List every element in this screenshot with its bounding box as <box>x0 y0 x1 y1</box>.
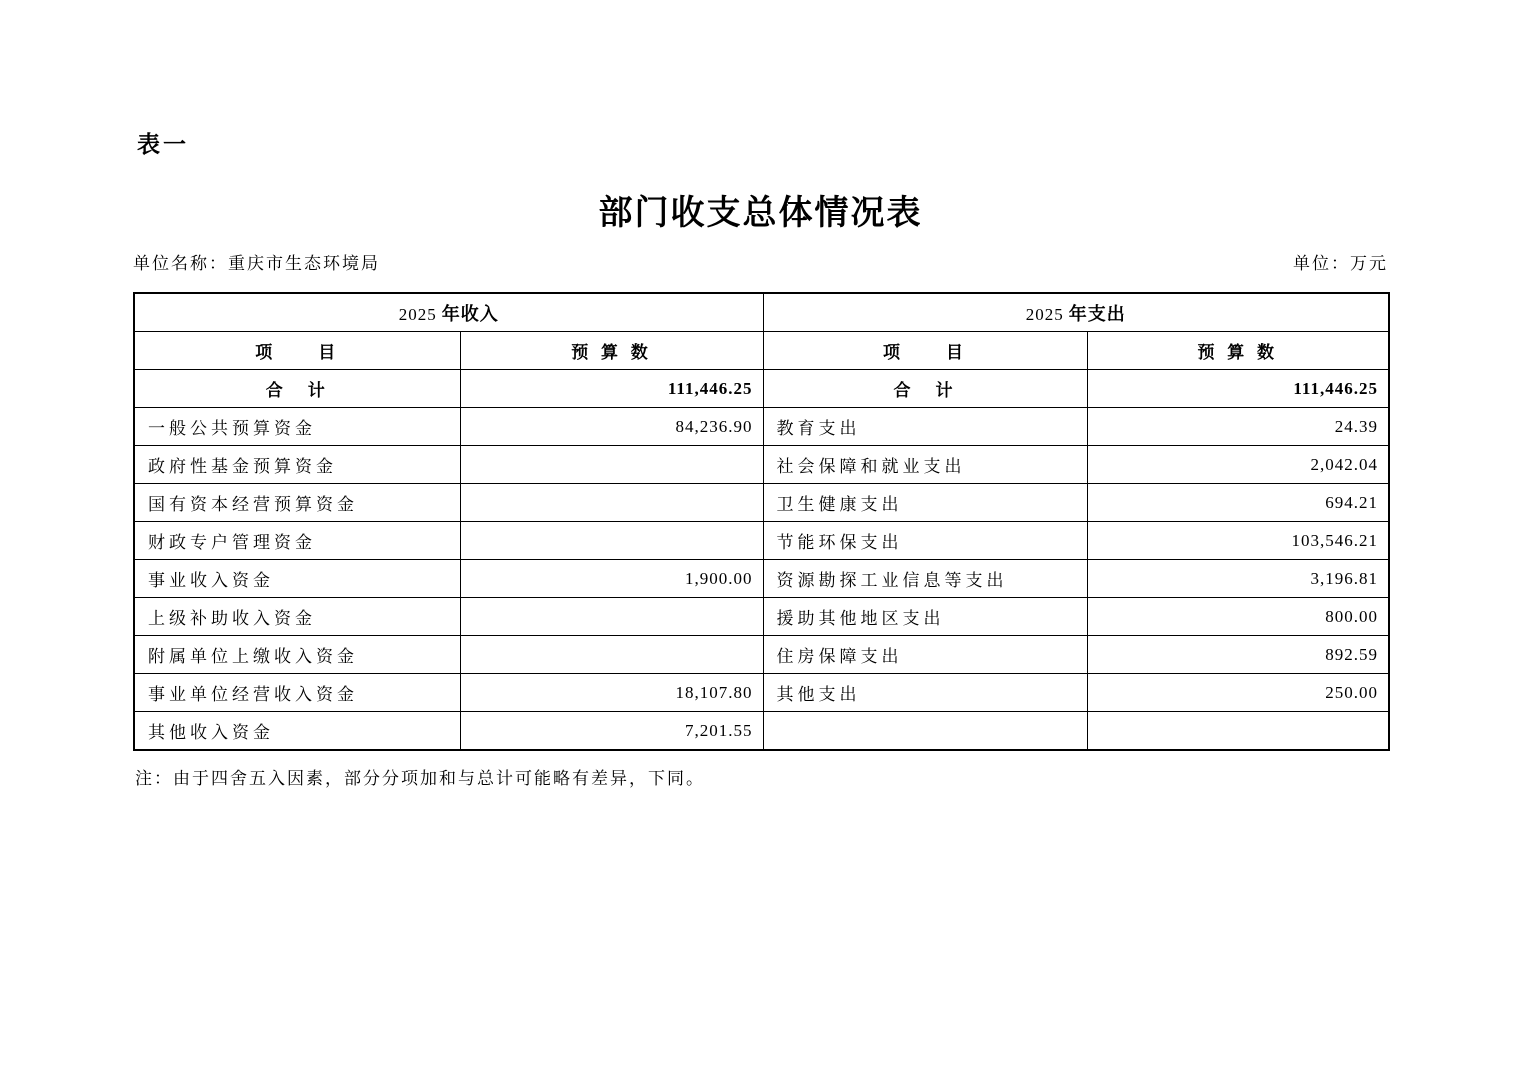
expense-year: 2025 <box>1026 305 1064 324</box>
table-row: 国有资本经营预算资金 卫生健康支出 694.21 <box>134 484 1389 522</box>
table-row: 附属单位上缴收入资金 住房保障支出 892.59 <box>134 636 1389 674</box>
expense-value-cell: 3,196.81 <box>1087 560 1389 598</box>
income-item-header: 项 目 <box>134 332 460 370</box>
expense-value-cell: 103,546.21 <box>1087 522 1389 560</box>
expense-item-cell: 社会保障和就业支出 <box>763 446 1087 484</box>
income-value-cell: 7,201.55 <box>460 712 763 751</box>
expense-section-label: 年支出 <box>1069 304 1126 324</box>
total-row: 合 计 111,446.25 合 计 111,446.25 <box>134 370 1389 408</box>
expense-item-cell: 援助其他地区支出 <box>763 598 1087 636</box>
income-budget-header: 预 算 数 <box>460 332 763 370</box>
expense-value-cell: 800.00 <box>1087 598 1389 636</box>
income-value-cell: 18,107.80 <box>460 674 763 712</box>
income-total-label: 合 计 <box>134 370 460 408</box>
table-row: 事业收入资金 1,900.00 资源勘探工业信息等支出 3,196.81 <box>134 560 1389 598</box>
table-row: 一般公共预算资金 84,236.90 教育支出 24.39 <box>134 408 1389 446</box>
expense-value-cell: 24.39 <box>1087 408 1389 446</box>
document-page: 表一 部门收支总体情况表 单位名称：重庆市生态环境局 单位：万元 2025年收入… <box>0 0 1520 1074</box>
income-value-cell <box>460 522 763 560</box>
expense-total-value: 111,446.25 <box>1087 370 1389 408</box>
table-row: 财政专户管理资金 节能环保支出 103,546.21 <box>134 522 1389 560</box>
income-value-cell <box>460 598 763 636</box>
income-item-cell: 事业收入资金 <box>134 560 460 598</box>
expense-value-cell <box>1087 712 1389 751</box>
budget-table: 2025年收入 2025年支出 项 目 预 算 数 项 目 预 算 数 合 计 … <box>133 292 1390 751</box>
expense-value-cell: 694.21 <box>1087 484 1389 522</box>
income-value-cell <box>460 484 763 522</box>
income-value-cell <box>460 446 763 484</box>
expense-value-cell: 2,042.04 <box>1087 446 1389 484</box>
expense-item-cell: 住房保障支出 <box>763 636 1087 674</box>
income-item-cell: 财政专户管理资金 <box>134 522 460 560</box>
footnote: 注：由于四舍五入因素，部分分项加和与总计可能略有差异，下同。 <box>135 764 705 789</box>
expense-item-header: 项 目 <box>763 332 1087 370</box>
income-item-cell: 上级补助收入资金 <box>134 598 460 636</box>
unit-label: 单位：万元 <box>1293 249 1388 274</box>
expense-budget-header: 预 算 数 <box>1087 332 1389 370</box>
table-row: 上级补助收入资金 援助其他地区支出 800.00 <box>134 598 1389 636</box>
income-item-cell: 事业单位经营收入资金 <box>134 674 460 712</box>
table-row: 事业单位经营收入资金 18,107.80 其他支出 250.00 <box>134 674 1389 712</box>
meta-row: 单位名称：重庆市生态环境局 单位：万元 <box>133 249 1388 274</box>
expense-value-cell: 892.59 <box>1087 636 1389 674</box>
table-label: 表一 <box>137 126 189 159</box>
expense-value-cell: 250.00 <box>1087 674 1389 712</box>
income-section-header: 2025年收入 <box>134 293 763 332</box>
income-value-cell: 84,236.90 <box>460 408 763 446</box>
expense-item-cell: 其他支出 <box>763 674 1087 712</box>
table-row: 政府性基金预算资金 社会保障和就业支出 2,042.04 <box>134 446 1389 484</box>
column-header-row: 项 目 预 算 数 项 目 预 算 数 <box>134 332 1389 370</box>
table-row: 其他收入资金 7,201.55 <box>134 712 1389 751</box>
expense-total-label: 合 计 <box>763 370 1087 408</box>
expense-item-cell: 卫生健康支出 <box>763 484 1087 522</box>
expense-section-header: 2025年支出 <box>763 293 1389 332</box>
expense-item-cell: 节能环保支出 <box>763 522 1087 560</box>
income-year: 2025 <box>399 305 437 324</box>
income-section-label: 年收入 <box>442 304 499 324</box>
section-header-row: 2025年收入 2025年支出 <box>134 293 1389 332</box>
income-value-cell <box>460 636 763 674</box>
income-item-cell: 一般公共预算资金 <box>134 408 460 446</box>
expense-item-cell: 资源勘探工业信息等支出 <box>763 560 1087 598</box>
income-value-cell: 1,900.00 <box>460 560 763 598</box>
expense-item-cell: 教育支出 <box>763 408 1087 446</box>
income-item-cell: 附属单位上缴收入资金 <box>134 636 460 674</box>
income-item-cell: 其他收入资金 <box>134 712 460 751</box>
unit-name-label: 单位名称：重庆市生态环境局 <box>133 249 380 274</box>
income-total-value: 111,446.25 <box>460 370 763 408</box>
expense-item-cell <box>763 712 1087 751</box>
income-item-cell: 国有资本经营预算资金 <box>134 484 460 522</box>
page-title: 部门收支总体情况表 <box>133 185 1388 234</box>
income-item-cell: 政府性基金预算资金 <box>134 446 460 484</box>
